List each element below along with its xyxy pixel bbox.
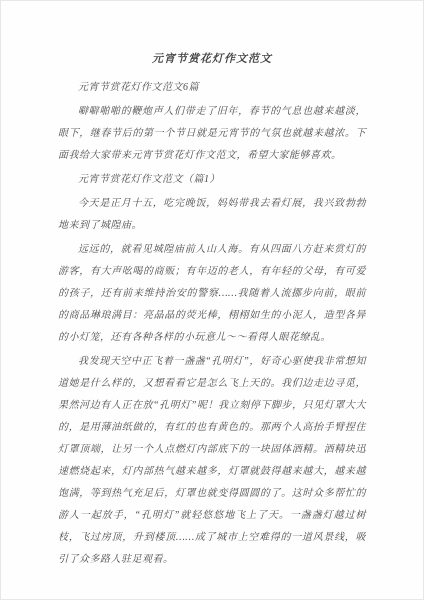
essay-paragraph: 今天是正月十五，吃完晚饭，妈妈带我去看灯展，我兴致勃勃地来到了城隍庙。 [58,193,366,237]
document-title: 元宵节赏花灯作文范文 [58,51,366,67]
essay-subtitle: 元宵节赏花灯作文范文6篇 [58,77,366,99]
essay-paragraph: 我发现天空中正飞着一盏盏“孔明灯”，好奇心驱使我非常想知道她是什么样的，又想看看… [58,351,366,571]
document-page: 元宵节赏花灯作文范文 元宵节赏花灯作文范文6篇 噼噼啪啪的鞭炮声人们带走了旧年，… [0,0,424,600]
essay-section-heading: 元宵节赏花灯作文范文（篇1） [58,169,366,191]
essay-intro-paragraph: 噼噼啪啪的鞭炮声人们带走了旧年，春节的气息也越来越淡，眼下，继春节后的第一个节日… [58,101,366,167]
essay-paragraph: 远远的，就看见城隍庙前人山人海。有从四面八方赶来赏灯的游客，有大声吆喝的商贩；有… [58,239,366,349]
